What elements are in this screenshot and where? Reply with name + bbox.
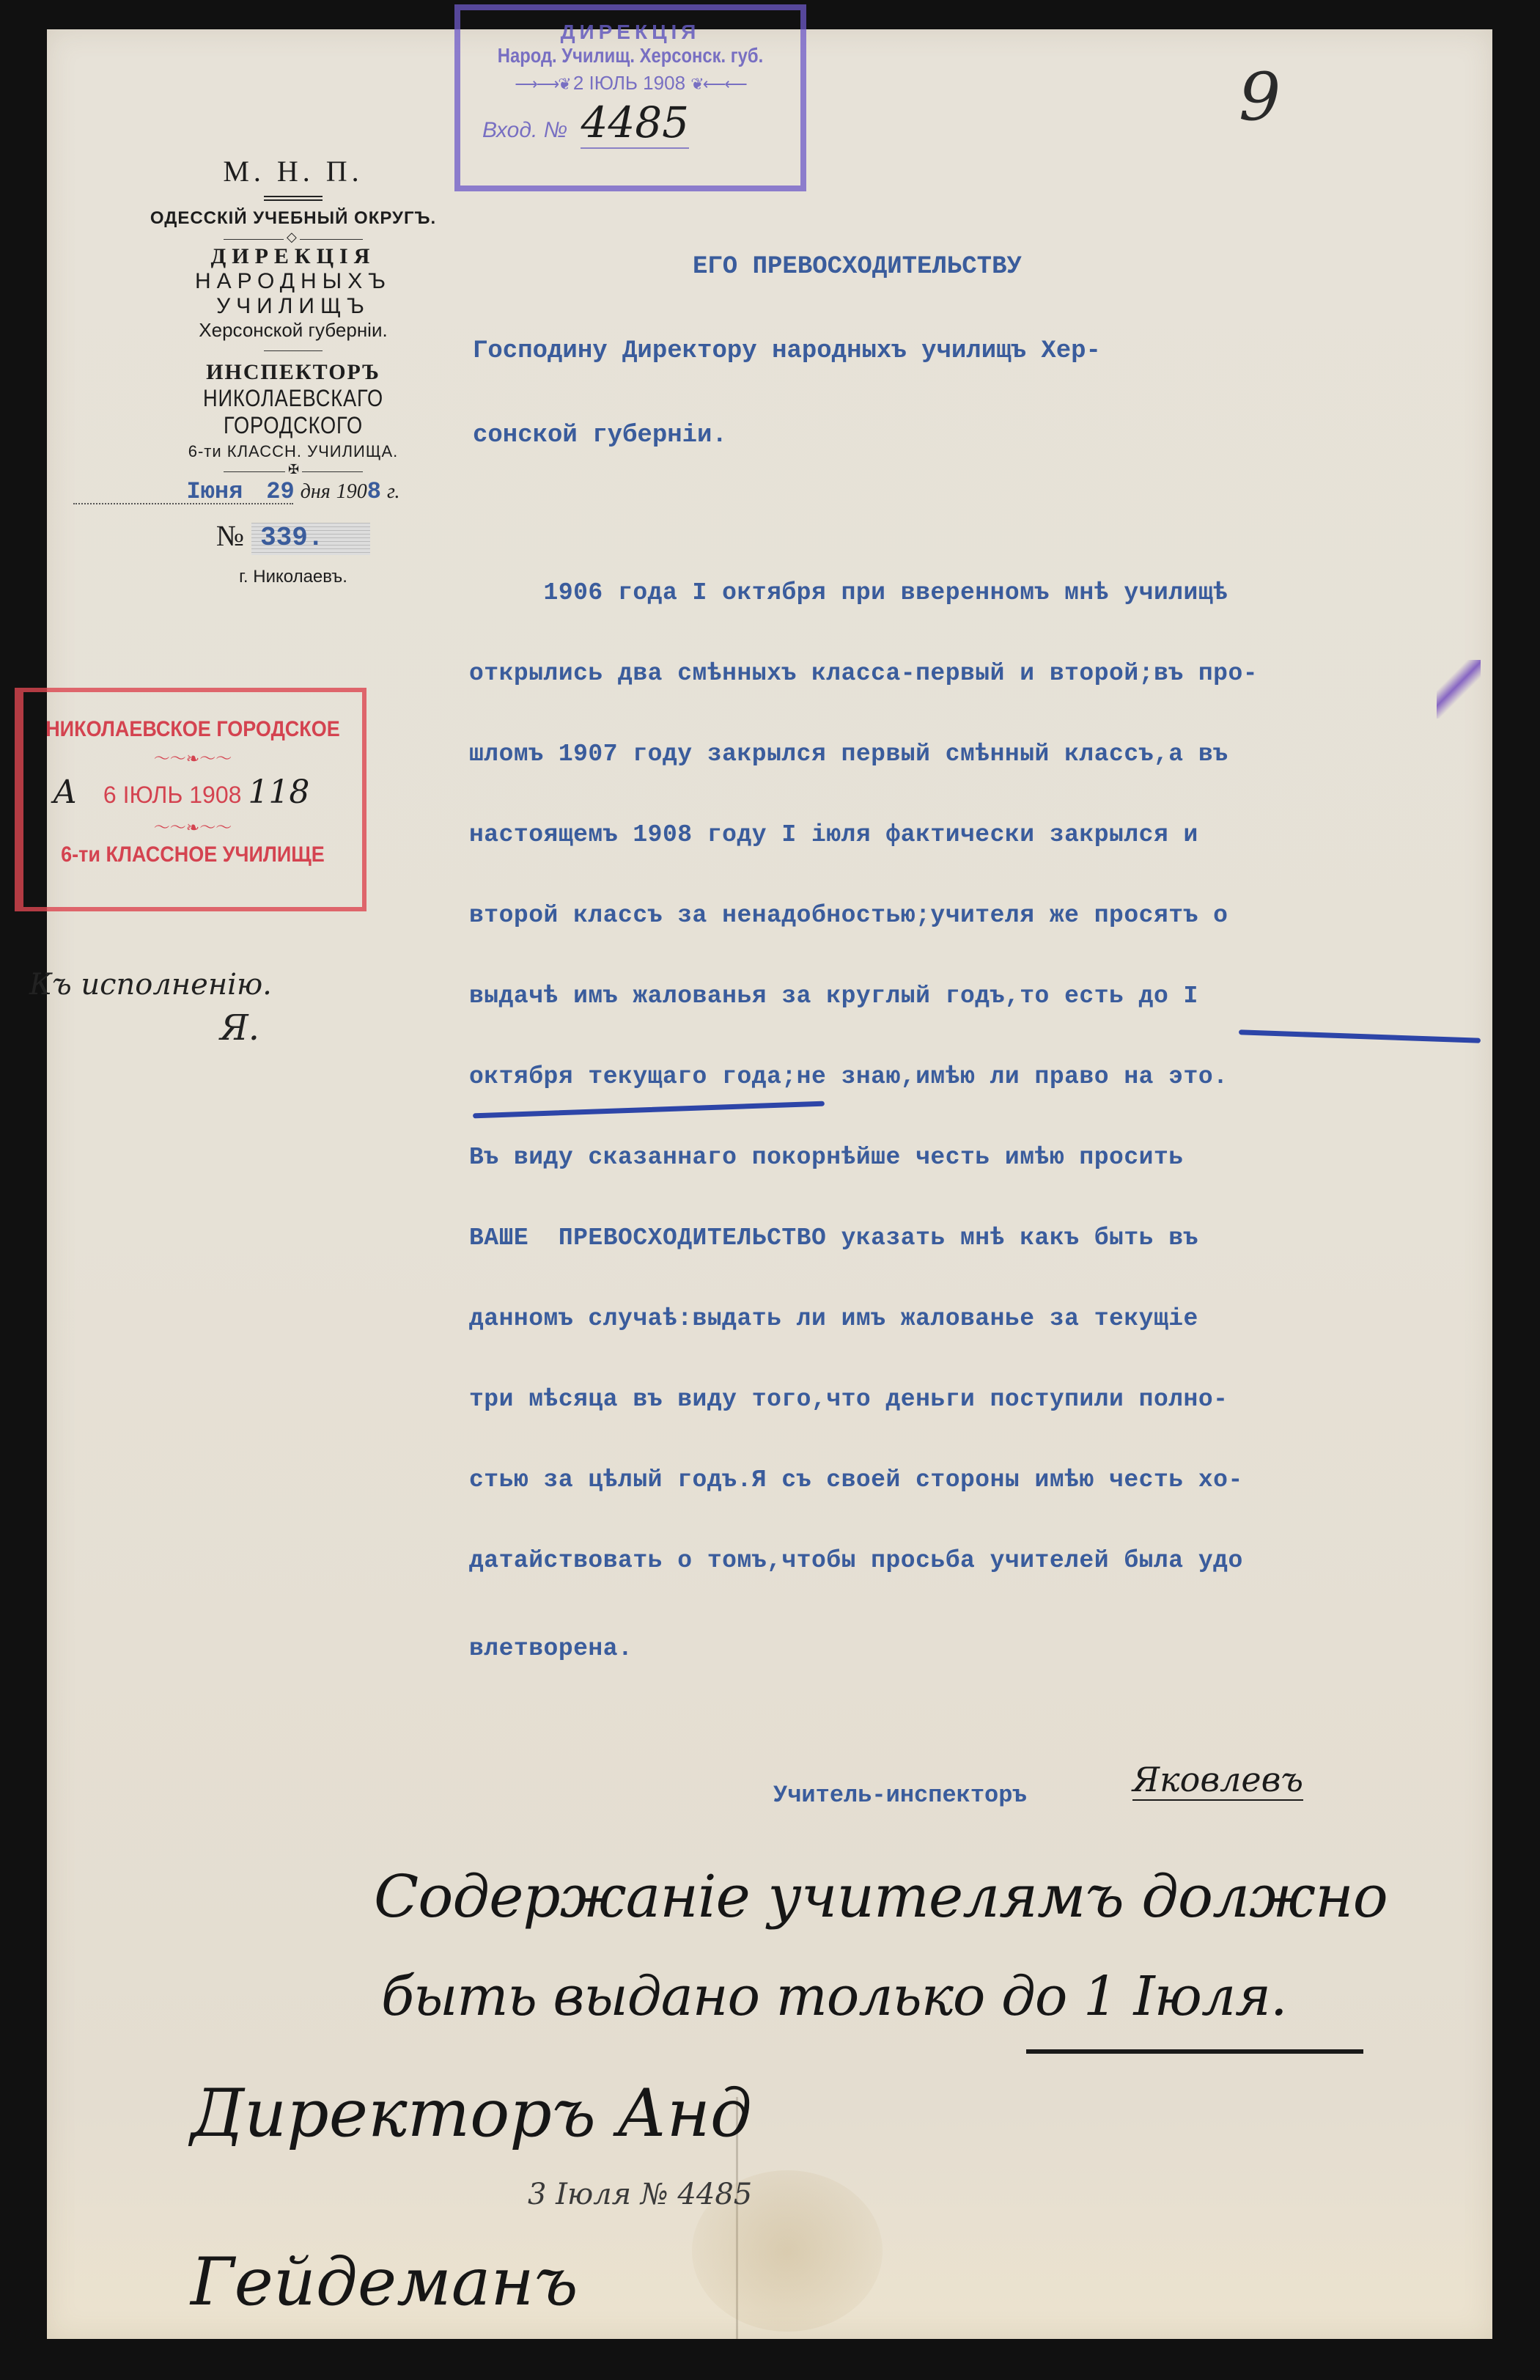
date-day: 29 <box>266 478 294 505</box>
cross-divider-icon <box>224 471 363 472</box>
stamp-date: 2 IЮЛЬ 1908 <box>573 72 685 94</box>
stamp-incoming-number: 4485 <box>581 98 689 149</box>
resolution-director: Директоръ Анд <box>191 2075 752 2152</box>
date-day-label: дня <box>301 480 331 503</box>
stamp-institution: Народ. Училищ. Херсонск. губ. <box>486 44 775 67</box>
public-schools: НАРОДНЫХЪ УЧИЛИЩЪ <box>139 269 447 319</box>
date-year-suffix: 8 <box>367 478 381 505</box>
resolution-underline <box>1026 2049 1363 2054</box>
body-line: выдачѣ имъ жалованья за круглый годъ,то … <box>469 983 1198 1010</box>
resolution-line2: быть выдано только до 1 Iюля. <box>381 1965 1287 2028</box>
body-line: Въ виду сказаннаго покорнѣйше честь имѣю… <box>469 1144 1184 1171</box>
stamp-school-line3: 6-ти КЛАССНОЕ УЧИЛИЩЕ <box>40 842 345 867</box>
addressee-line3: сонской губернiи. <box>473 422 727 449</box>
addressee-title: ЕГО ПРЕВОСХОДИТЕЛЬСТВУ <box>693 253 1022 281</box>
stamp-school-line1: НИКОЛАЕВСКОЕ ГОРОДСКОЕ <box>40 717 345 742</box>
stamp-date: 6 IЮЛЬ 1908 <box>103 782 242 808</box>
signature: Яковлевъ <box>1132 1760 1303 1801</box>
letterhead: М. Н. П. ОДЕССКIЙ УЧЕБНЫЙ ОКРУГЪ. ДИРЕКЦ… <box>139 154 447 587</box>
date-year-label: г. <box>387 480 400 503</box>
page-number: 9 <box>1239 59 1281 136</box>
margin-note-text: Къ исполненiю. <box>29 968 272 1002</box>
body-line: 1906 года I октября при вверенномъ мнѣ у… <box>469 579 1228 606</box>
dotted-line <box>73 503 293 504</box>
body-line: шломъ 1907 году закрылся первый смѣнный … <box>469 741 1228 768</box>
date-month: Iюня <box>186 478 243 505</box>
number-sign: № <box>216 519 244 552</box>
body-line: влетворена. <box>469 1635 633 1662</box>
body-line: три мѣсяца въ виду того,что деньги посту… <box>469 1386 1228 1413</box>
resolution-signature: Гейдеманъ <box>191 2244 578 2321</box>
stamp-date-row: А 6 IЮЛЬ 1908 118 <box>23 774 362 811</box>
body-line: данномъ случаѣ:выдать ли имъ жалованье з… <box>469 1305 1198 1332</box>
date-year-prefix: 190 <box>336 480 367 503</box>
diamond-divider-icon <box>224 239 363 240</box>
body-line: стью за цѣлый годъ.Я съ своей стороны им… <box>469 1466 1243 1494</box>
education-district: ОДЕССКIЙ УЧЕБНЫЙ ОКРУГЪ. <box>139 208 447 229</box>
stamp-number-label: Вход. № <box>482 118 567 142</box>
ornament-arrow-icon: ⟶⟶❦ <box>515 75 573 93</box>
resolution-line1: Содержанiе учителямъ должно <box>374 1862 1388 1931</box>
flourish-ornament-icon: ～～❧～～ <box>23 815 362 838</box>
registry-note: 3 Iюля № 4485 <box>528 2178 752 2211</box>
stamp-directorate: ДИРЕКЦIЯ <box>460 21 800 44</box>
divider <box>264 196 323 201</box>
margin-note-initial: Я. <box>220 1007 272 1048</box>
stamp-date-row: ⟶⟶❦ 2 IЮЛЬ 1908 ❦⟵⟵ <box>460 72 800 95</box>
pencil-mark <box>1437 660 1481 719</box>
stamp-registry-number: 118 <box>248 774 309 811</box>
body-line: открылись два смѣнныхъ класса-первый и в… <box>469 660 1258 687</box>
ornament-arrow-icon: ❦⟵⟵ <box>690 75 746 93</box>
body-line: настоящемъ 1908 году I iюля фактически з… <box>469 821 1198 848</box>
body-line: ВАШЕ ПРЕВОСХОДИТЕЛЬСТВО указать мнѣ какъ… <box>469 1224 1198 1252</box>
body-line: второй классъ за ненадобностью;учителя ж… <box>469 902 1228 929</box>
school-name: НИКОЛАЕВСКАГО ГОРОДСКОГО <box>163 385 424 439</box>
city: г. Николаевъ. <box>139 567 447 587</box>
school-type: 6-ти КЛАССН. УЧИЛИЩА. <box>139 442 447 461</box>
margin-note: Къ исполненiю. Я. <box>29 968 272 1048</box>
stamp-initial: А <box>53 774 77 811</box>
school-stamp: НИКОЛАЕВСКОЕ ГОРОДСКОЕ ～～❧～～ А 6 IЮЛЬ 19… <box>15 688 366 911</box>
incoming-stamp: ДИРЕКЦIЯ Народ. Училищ. Херсонск. губ. ⟶… <box>454 4 806 191</box>
inspector-title: ИНСПЕКТОРЪ <box>139 360 447 385</box>
signer-title: Учитель-инспекторъ <box>773 1782 1027 1809</box>
divider <box>264 350 323 351</box>
flourish-ornament-icon: ～～❧～～ <box>23 746 362 769</box>
outgoing-number-value: 339. <box>251 523 370 555</box>
ministry-abbrev: М. Н. П. <box>139 154 447 188</box>
province: Херсонской губернiи. <box>139 319 447 342</box>
body-line: октября текущаго года;не знаю,имѣю ли пр… <box>469 1063 1228 1090</box>
body-line: датайствовать о томъ,чтобы просьба учите… <box>469 1547 1243 1574</box>
outgoing-number: № 339. <box>139 518 447 555</box>
directorate: ДИРЕКЦIЯ <box>139 244 447 269</box>
addressee-line2: Господину Директору народныхъ училищъ Хе… <box>473 337 1101 365</box>
stamp-number-row: Вход. № 4485 <box>460 98 800 147</box>
letter-date: Iюня 29 дня 1908 г. <box>139 477 447 505</box>
